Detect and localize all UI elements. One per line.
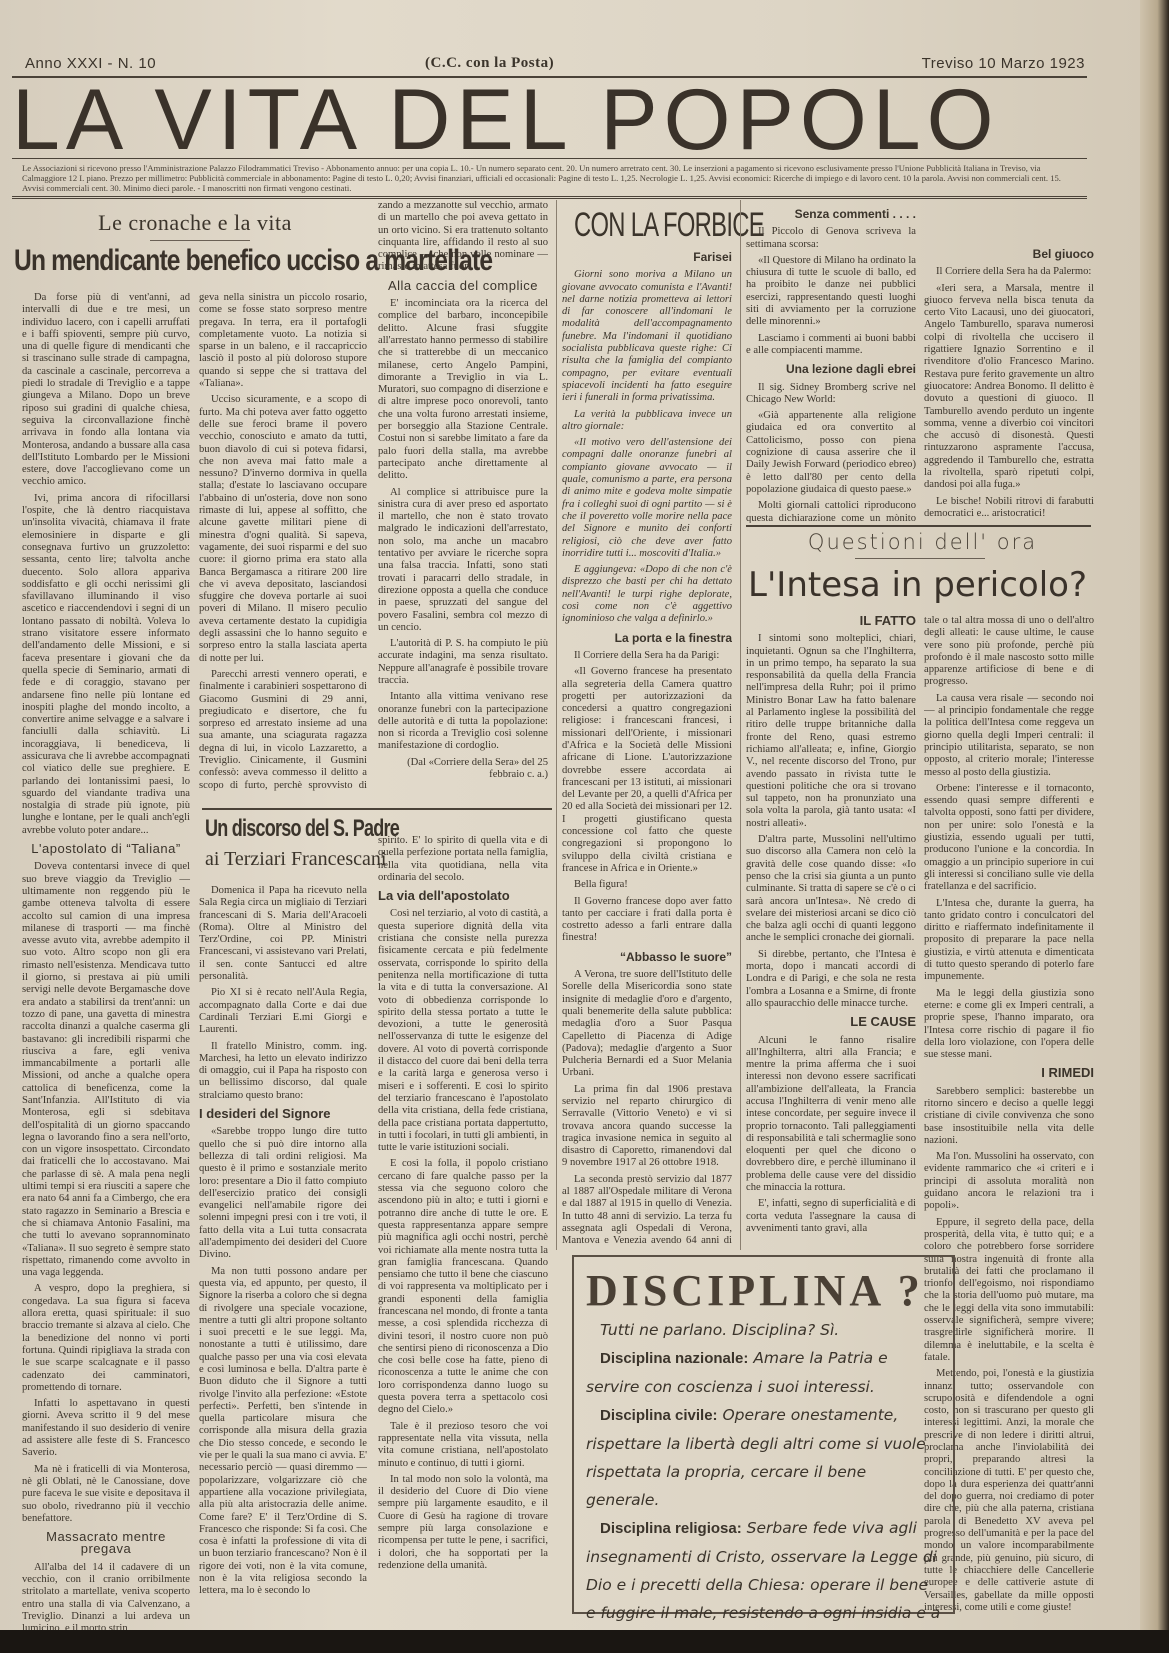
paragraph: A vespro, dopo la preghiera, si congedav… xyxy=(22,1283,190,1394)
subheading: “Abbasso le suore” xyxy=(562,951,732,963)
paragraph: «Il Governo francese ha presentato alla … xyxy=(562,666,732,875)
paragraph: Giorni sono moriva a Milano un giovane a… xyxy=(562,269,732,404)
subscription-info: Le Associazioni si ricevono presso l'Amm… xyxy=(22,163,1082,193)
subheading: IL FATTO xyxy=(746,615,916,627)
paragraph: geva nella sinistra un piccolo rosario, … xyxy=(199,292,367,390)
subheading: Farisei xyxy=(562,251,732,263)
paragraph: Molti giornali cattolici riproducono que… xyxy=(746,500,916,523)
disciplina-item: Disciplina nazionale: Amare la Patria e … xyxy=(586,1344,941,1401)
paragraph: D'altra parte, Mussolini nell'ultimo suo… xyxy=(746,834,916,945)
discorso-column-1: Domenica il Papa ha ricevuto nella Sala … xyxy=(199,885,367,1615)
senza-commenti-column-1: Senza commenti . . . . Il Piccolo di Gen… xyxy=(746,208,916,523)
paragraph: E', infatti, segno di superficialità e d… xyxy=(746,1198,916,1235)
paragraph: Ma non tutti possono andare per questa v… xyxy=(199,1266,367,1598)
masthead: LA VITA DEL POPOLO xyxy=(12,80,1092,160)
paragraph: Doveva contentarsi invece di quel suo br… xyxy=(22,861,190,1279)
masthead-rule xyxy=(12,158,1087,159)
paragraph: In tal modo non solo la volontà, ma il d… xyxy=(378,1474,548,1572)
paragraph: E' incominciata ora la ricerca del compl… xyxy=(378,298,548,482)
paragraph: Così nel terziario, al voto di castità, … xyxy=(378,908,548,1154)
senza-commenti-column-2: Bel giuoco Il Corriere della Sera ha da … xyxy=(924,208,1094,523)
paragraph: Il sig. Sidney Bromberg scrive nel Chica… xyxy=(746,382,916,407)
divider xyxy=(855,558,985,559)
newspaper-page: Anno XXXI - N. 10 (C.C. con la Posta) Tr… xyxy=(0,0,1140,1630)
paragraph: Infatti lo aspettavano in questi giorni.… xyxy=(22,1398,190,1459)
paragraph: Parecchi arresti vennero operati, e fina… xyxy=(199,669,367,792)
background-surface xyxy=(0,1630,1169,1653)
subheading: Una lezione dagli ebrei xyxy=(746,363,916,375)
divider xyxy=(202,808,552,810)
intesa-headline: L'Intesa in pericolo? xyxy=(748,565,1087,605)
source-note: (Dal «Corriere della Sera» del 25 febbra… xyxy=(378,757,548,782)
paragraph: L'Intesa che, durante la guerra, ha tant… xyxy=(924,898,1094,984)
paragraph: «Ieri sera, a Marsala, mentre il giuoco … xyxy=(924,283,1094,492)
paragraph: Bella figura! xyxy=(562,879,732,891)
paragraph: Tale è il prezioso tesoro che voi rappre… xyxy=(378,1421,548,1470)
cronache-column-1: Da forse più di vent'anni, ad intervalli… xyxy=(22,292,190,1639)
paragraph: Ma le leggi della giustizia sono eterne:… xyxy=(924,988,1094,1062)
paragraph: Al complice si attribuisce pure la sinis… xyxy=(378,487,548,635)
subheading: Massacrato mentre pregava xyxy=(22,1531,190,1556)
subheading: Senza commenti . . . . xyxy=(746,208,916,220)
paragraph: Il Corriere della Sera ha da Parigi: xyxy=(562,650,732,662)
paragraph: Ma nè i fraticelli di via Monterosa, nè … xyxy=(22,1464,190,1525)
disciplina-item: Disciplina civile: Operare onestamente, … xyxy=(586,1401,941,1514)
paragraph: Da forse più di vent'anni, ad intervalli… xyxy=(22,292,190,489)
disciplina-box: DISCIPLINA ? Tutti ne parlano. Disciplin… xyxy=(572,1255,955,1614)
paragraph: Orbene: l'interesse e il tornaconto, ess… xyxy=(924,783,1094,894)
paragraph: Il fratello Ministro, comm. ing. Marches… xyxy=(199,1041,367,1102)
paragraph: La verità la pubblicava invece un altro … xyxy=(562,409,732,434)
intesa-section-title: Questioni dell' ora xyxy=(750,530,1095,554)
paragraph: Ucciso sicuramente, e a scopo di furto. … xyxy=(199,394,367,665)
paragraph: Le bische! Nobili ritrovi di farabutti d… xyxy=(924,496,1094,521)
paragraph: Domenica il Papa ha ricevuto nella Sala … xyxy=(199,885,367,983)
paragraph: zando a mezzanotte sul vecchio, armato d… xyxy=(378,200,548,274)
subheading: LE CAUSE xyxy=(746,1016,916,1028)
paragraph: Il Governo francese dopo aver fatto tant… xyxy=(562,896,732,945)
disciplina-label: Disciplina nazionale: xyxy=(586,1350,748,1367)
paper-edge xyxy=(1140,0,1169,1653)
subheading: I RIMEDI xyxy=(924,1067,1094,1079)
paragraph: «Sarebbe troppo lungo dire tutto quello … xyxy=(199,1126,367,1261)
disciplina-label: Disciplina religiosa: xyxy=(586,1520,742,1537)
disciplina-title: DISCIPLINA ? xyxy=(586,1265,941,1316)
paragraph: E così la folla, il popolo cristiano cer… xyxy=(378,1158,548,1416)
disciplina-label: Disciplina civile: xyxy=(586,1407,718,1424)
subheading: Bel giuoco xyxy=(924,248,1094,260)
discorso-column-2: spirito. E' lo spirito di quella vita e … xyxy=(378,835,548,1615)
paragraph: Alcuni le fanno risalire all'Inghilterra… xyxy=(746,1035,916,1195)
paragraph: Sarebbero semplici: basterebbe un ritorn… xyxy=(924,1086,1094,1147)
paragraph: tale o tal altra mossa di uno o dell'alt… xyxy=(924,615,1094,689)
divider xyxy=(150,240,250,241)
paragraph: Ma l'on. Mussolini ha osservato, con evi… xyxy=(924,1151,1094,1212)
paragraph: Si direbbe, pertanto, che l'Intesa è mor… xyxy=(746,949,916,1010)
paragraph: L'autorità di P. S. ha compiuto le più a… xyxy=(378,638,548,687)
paragraph: La seconda prestò servizio dal 1877 al 1… xyxy=(562,1174,732,1245)
postage-note: (C.C. con la Posta) xyxy=(425,55,554,72)
cronache-section-title: Le cronache e la vita xyxy=(20,210,370,236)
date-place: Treviso 10 Marzo 1923 xyxy=(922,55,1085,72)
subheading: La porta e la finestra xyxy=(562,632,732,644)
paragraph: I sintomi sono molteplici, chiari, inqui… xyxy=(746,633,916,830)
divider xyxy=(746,525,1091,527)
column-divider xyxy=(740,200,741,1250)
paragraph: spirito. E' lo spirito di quella vita e … xyxy=(378,835,548,884)
cronache-column-3: zando a mezzanotte sul vecchio, armato d… xyxy=(378,200,548,790)
paragraph: Lasciamo i commenti ai buoni babbi e all… xyxy=(746,333,916,358)
discorso-headline: Un discorso del S. Padre xyxy=(205,815,399,843)
forbice-column: Farisei Giorni sono moriva a Milano un g… xyxy=(562,245,732,1245)
discorso-subheadline: ai Terziari Francescani xyxy=(205,848,386,871)
paragraph: All'alba del 14 il cadavere di un vecchi… xyxy=(22,1562,190,1636)
paragraph: Il Piccolo di Genova scriveva la settima… xyxy=(746,226,916,251)
info-rule xyxy=(12,196,1087,199)
paragraph: E aggiungeva: «Dopo di che non c'è dispr… xyxy=(562,564,732,625)
cronache-column-2: geva nella sinistra un piccolo rosario, … xyxy=(199,292,367,792)
subheading: L'apostolato di “Taliana” xyxy=(22,843,190,855)
paragraph: Ivi, prima ancora di rifocillarsi l'ospi… xyxy=(22,493,190,837)
issue-number: Anno XXXI - N. 10 xyxy=(25,55,156,72)
paragraph: «Il Questore di Milano ha ordinato la ch… xyxy=(746,255,916,329)
forbice-section-title: CON LA FORBICE xyxy=(574,206,764,245)
paragraph: A Verona, tre suore dell'Istituto delle … xyxy=(562,969,732,1080)
column-divider xyxy=(556,200,557,1250)
paragraph: Intanto alla vittima venivano rese onora… xyxy=(378,691,548,752)
subheading: La via dell'apostolato xyxy=(378,890,548,902)
subheading: Alla caccia del complice xyxy=(378,280,548,292)
subheading: I desideri del Signore xyxy=(199,1108,367,1120)
paragraph: «Il motivo vero dell'astensione dei comp… xyxy=(562,437,732,560)
disciplina-intro: Tutti ne parlano. Disciplina? Sì. xyxy=(586,1316,941,1344)
paragraph: La prima fin dal 1906 prestava servizio … xyxy=(562,1084,732,1170)
paragraph: La causa vera risale — secondo noi — al … xyxy=(924,693,1094,779)
paragraph: Pio XI si è recato nell'Aula Regia, acco… xyxy=(199,987,367,1036)
paragraph: «Già appartenente alla religione giudaic… xyxy=(746,410,916,496)
paragraph: Il Corriere della Sera ha da Palermo: xyxy=(924,266,1094,278)
